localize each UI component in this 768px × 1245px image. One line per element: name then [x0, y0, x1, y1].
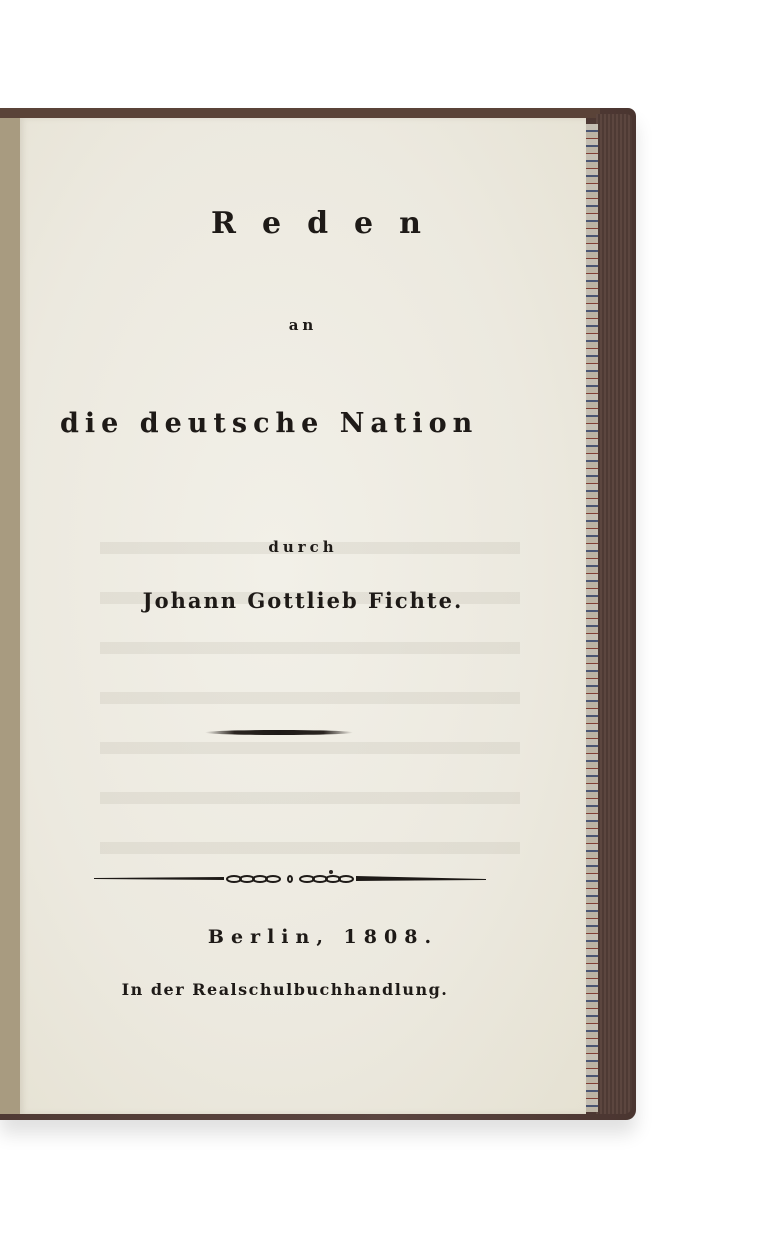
- publisher: In der Realschulbuchhandlung.: [2, 980, 568, 999]
- chain-rule-ornament: [94, 870, 486, 888]
- author-name: Johann Gottlieb Fichte.: [20, 588, 586, 613]
- endpaper: [0, 118, 22, 1114]
- by-text: durch: [20, 538, 586, 556]
- book-subtitle: die deutsche Nation: [60, 408, 480, 439]
- title-page: Reden an die deutsche Nation durch Johan…: [20, 118, 586, 1114]
- book: Reden an die deutsche Nation durch Johan…: [0, 108, 640, 1124]
- short-rule-ornament: [205, 730, 353, 735]
- show-through-text: [100, 518, 520, 878]
- connector-text: an: [20, 316, 586, 334]
- book-title: Reden: [20, 206, 612, 241]
- cover-top-edge: [0, 108, 600, 118]
- place-and-date: Berlin, 1808.: [40, 926, 606, 948]
- cover-fore-edge: [596, 114, 632, 1114]
